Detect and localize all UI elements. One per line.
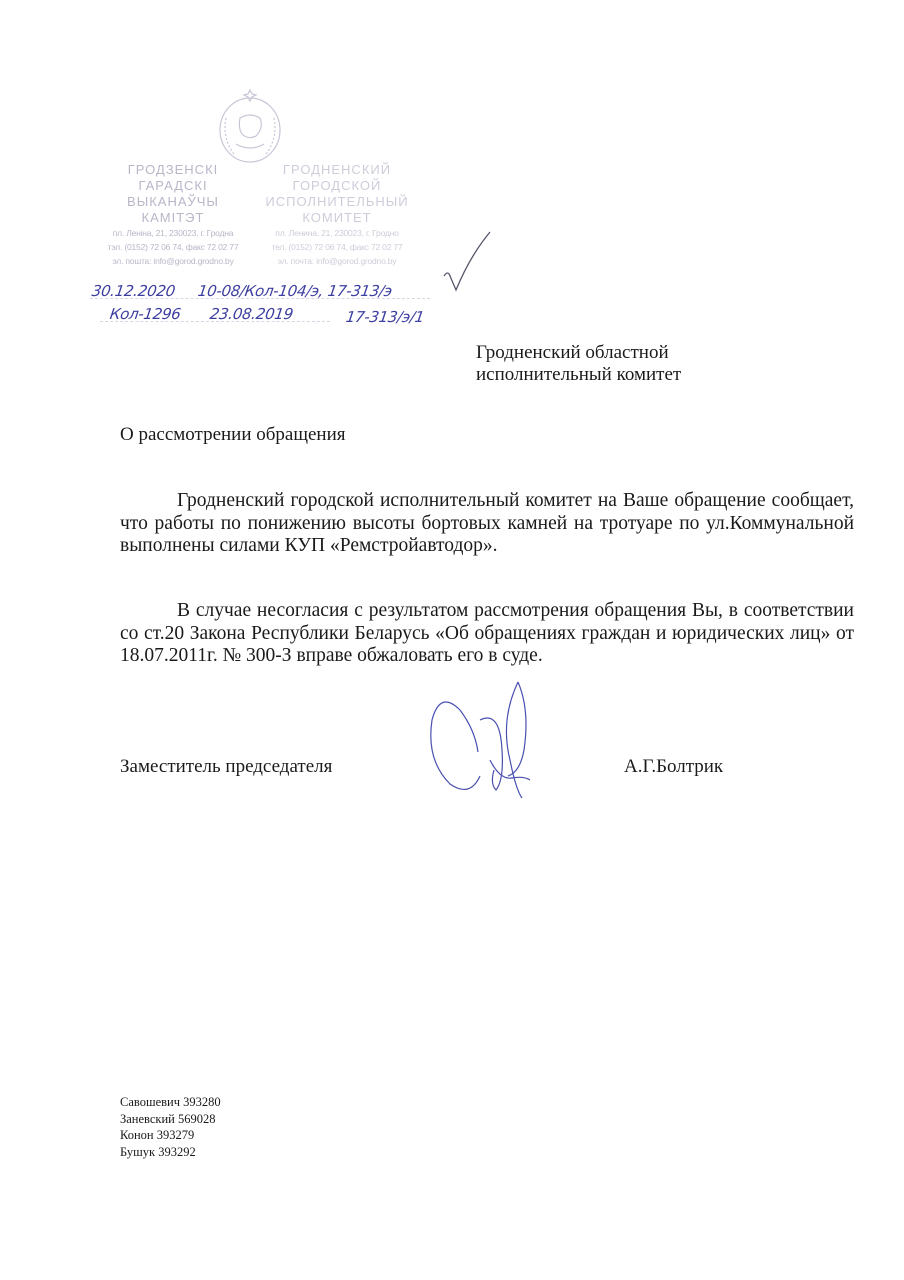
signatory-name: А.Г.Болтрик xyxy=(624,756,723,778)
paragraph-text: Гродненский городской исполнительный ком… xyxy=(120,490,854,558)
org-name-line: ГРОДЗЕНСКІ xyxy=(88,162,258,178)
handwritten-ref-1: 10-08/Кол-104/э, 17-313/э xyxy=(197,282,393,300)
org-address: пл. Ленина, 21, 230023, г. Гродно xyxy=(252,227,422,240)
signatory-title: Заместитель председателя xyxy=(120,756,332,778)
addressee-line: исполнительный комитет xyxy=(476,364,681,386)
addressee: Гродненский областной исполнительный ком… xyxy=(476,342,681,386)
handwritten-ref-2: Кол-1296 xyxy=(109,305,182,323)
executor-item: Бушук 393292 xyxy=(120,1144,221,1161)
org-email: эл. пошта: info@gorod.grodno.by xyxy=(88,255,258,268)
handwritten-ref-3: 17-313/э/1 xyxy=(345,308,426,326)
checkmark-icon xyxy=(440,222,500,292)
org-name-line: ИСПОЛНИТЕЛЬНЫЙ xyxy=(252,194,422,210)
coat-of-arms-icon xyxy=(212,88,288,168)
paragraph-text: В случае несогласия с результатом рассмо… xyxy=(120,600,854,668)
executor-item: Савошевич 393280 xyxy=(120,1094,221,1111)
letter-subject: О рассмотрении обращения xyxy=(120,424,346,446)
org-address: пл. Леніна, 21, 230023, г. Гродна xyxy=(88,227,258,240)
handwritten-date-1: 30.12.2020 xyxy=(91,282,176,300)
org-name-line: ГРОДНЕНСКИЙ xyxy=(252,162,422,178)
handwritten-signature-icon xyxy=(420,680,560,810)
org-name-line: ГОРОДСКОЙ xyxy=(252,178,422,194)
org-phone: тэл. (0152) 72 06 74, факс 72 02 77 xyxy=(88,241,258,254)
org-email: эл. почта: info@gorod.grodno.by xyxy=(252,255,422,268)
body-paragraph-1: Гродненский городской исполнительный ком… xyxy=(120,490,854,558)
org-name-line: КОМИТЕТ xyxy=(252,210,422,226)
executor-item: Конон 393279 xyxy=(120,1127,221,1144)
letterhead-belarusian: ГРОДЗЕНСКІ ГАРАДСКІ ВЫКАНАЎЧЫ КАМІТЭТ пл… xyxy=(88,162,258,268)
org-phone: тел. (0152) 72 06 74, факс 72 02 77 xyxy=(252,241,422,254)
body-paragraph-2: В случае несогласия с результатом рассмо… xyxy=(120,600,854,668)
org-name-line: ГАРАДСКІ xyxy=(88,178,258,194)
executor-item: Заневский 569028 xyxy=(120,1111,221,1128)
org-name-line: ВЫКАНАЎЧЫ xyxy=(88,194,258,210)
addressee-line: Гродненский областной xyxy=(476,342,681,364)
handwritten-date-2: 23.08.2019 xyxy=(209,305,294,323)
executors-list: Савошевич 393280 Заневский 569028 Конон … xyxy=(120,1094,221,1160)
org-name-line: КАМІТЭТ xyxy=(88,210,258,226)
letterhead-russian: ГРОДНЕНСКИЙ ГОРОДСКОЙ ИСПОЛНИТЕЛЬНЫЙ КОМ… xyxy=(252,162,422,268)
